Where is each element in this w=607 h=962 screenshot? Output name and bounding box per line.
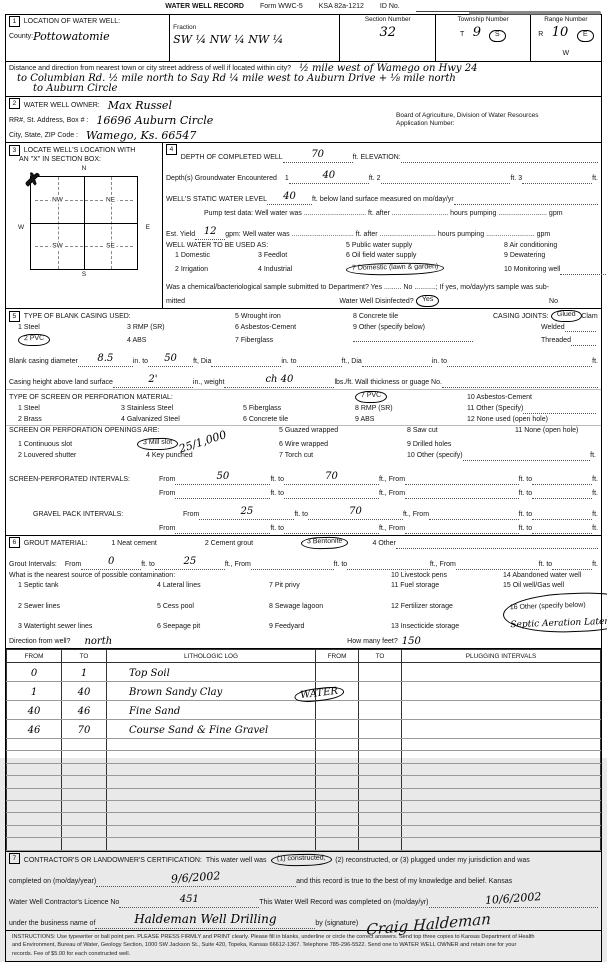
groundwater-2-label: ft. 2: [369, 175, 381, 184]
range-value: 10: [552, 25, 569, 40]
opening-option: 2 Louvered shutter: [9, 451, 137, 462]
contamination-option: 12 Fertilizer storage: [391, 602, 503, 613]
elevation-label: ft. ELEVATION:: [353, 154, 401, 163]
ft-dia-2: ft., Dia: [342, 358, 362, 367]
static-level-tail: ft. below land surface measured on mo/da…: [312, 196, 454, 205]
gpi3-blank: [175, 530, 270, 534]
section-3-locate-box: 3LOCATE WELL'S LOCATION WITH AN "X" IN S…: [6, 143, 163, 308]
form-title: WATER WELL RECORD: [165, 3, 244, 12]
static-level-value: 40: [283, 191, 296, 202]
compass-s: S: [82, 271, 86, 279]
casing-other-blank: [353, 338, 473, 342]
ft-3: ft.: [592, 511, 598, 520]
township-s-circled: S: [489, 30, 506, 42]
g-ftto-3: ft. to: [539, 561, 553, 570]
contamination-option: 15 Oil well/Gas well: [503, 581, 607, 592]
est-yield-value: 12: [204, 226, 217, 237]
screen-option: 8 RMP (SR): [355, 404, 467, 415]
contamination-option: 8 Sewage lagoon: [269, 602, 391, 613]
section-5-casing: 5TYPE OF BLANK CASING USED: 5 Wrought ir…: [6, 308, 601, 535]
owner-name: Max Russel: [108, 100, 172, 111]
ftfrom-2: ft., From: [379, 490, 405, 499]
grout-option-selected: 3 Bentonite: [301, 536, 349, 549]
casing-option: 7 Fiberglass: [235, 336, 353, 347]
casing-joints-label: CASING JOINTS:: [493, 313, 549, 322]
ftto-4: ft. to: [270, 525, 284, 534]
sample-question-line2: mitted: [166, 298, 185, 307]
direction-label: Direction from well?: [9, 638, 70, 647]
opening-other-blank: [463, 457, 591, 461]
monitoring-blank: [560, 271, 607, 275]
direction-value: north: [84, 637, 112, 647]
use-option: 4 Industrial: [258, 265, 346, 276]
log-header-row: FROM TO LITHOLOGIC LOG FROM TO PLUGGING …: [7, 650, 601, 663]
elevation-blank: [401, 159, 598, 163]
contamination-option: 10 Livestock pens: [391, 571, 503, 582]
ftto-3b: ft. to: [519, 511, 533, 520]
section-4-well-details: 4 DEPTH OF COMPLETED WELL 70 ft. ELEVATI…: [163, 143, 601, 308]
use-option: 6 Oil field water supply: [346, 251, 504, 262]
section-3-title-1: LOCATE WELL'S LOCATION WITH: [24, 147, 136, 154]
groundwater-2-blank: [381, 180, 511, 184]
section-5-number: 5: [9, 311, 20, 322]
casing-option: 4 ABS: [127, 336, 235, 347]
opening-option: 5 Guazed wrapped: [279, 426, 407, 437]
use-option: 8 Air conditioning: [504, 241, 607, 252]
log-from: 0: [31, 668, 37, 679]
from-2: From: [159, 490, 175, 499]
from-4: From: [159, 525, 175, 534]
casing-height-label: Casing height above land surface: [9, 379, 113, 388]
in-to-1: in. to: [133, 358, 148, 367]
log-to: 70: [78, 725, 91, 736]
diagram-vline: [84, 177, 85, 269]
ftto-1: ft. to: [270, 476, 284, 485]
casing-joint-threaded: Threaded: [541, 337, 571, 346]
weight-value: ch 40: [265, 374, 293, 385]
log-header-to: TO: [62, 650, 107, 663]
lithologic-log-table: FROM TO LITHOLOGIC LOG FROM TO PLUGGING …: [6, 649, 601, 758]
contamination-option: 1 Septic tank: [9, 581, 157, 592]
id-label: ID No.: [380, 3, 400, 12]
screen-interval-from: 50: [216, 471, 229, 482]
log-row-empty: [7, 751, 601, 758]
section-diagram: N S W E NW NE SW SE ✗: [18, 166, 150, 278]
in-to-3: in. to: [432, 358, 447, 367]
dia3-ft-blank: [447, 363, 592, 367]
range-e-circled: E: [577, 30, 594, 42]
owner-city-label: City, State, ZIP Code :: [9, 132, 78, 141]
grout-option: 2 Cement grout: [205, 540, 253, 549]
use-option: 2 Irrigation: [166, 265, 258, 276]
distance-value-2: to Columbian Rd. ½ mile north to Say Rd …: [9, 74, 598, 84]
casing-title: TYPE OF BLANK CASING USED:: [24, 313, 131, 320]
use-label: WELL WATER TO BE USED AS:: [166, 241, 346, 252]
disinfected-label: Water Well Disinfected?: [339, 298, 413, 307]
g2-to-blank: [347, 566, 430, 570]
log-to: 40: [78, 687, 91, 698]
compass-e: E: [146, 224, 150, 232]
compass-n: N: [82, 165, 87, 173]
range-number-label: Range Number: [534, 16, 598, 23]
contamination-option: 13 Insecticide storage: [391, 622, 503, 633]
log-header-from2: FROM: [316, 650, 359, 663]
opening-option: 4 Key punched: [137, 451, 279, 462]
spi5-blank: [405, 495, 519, 499]
from-1: From: [159, 476, 175, 485]
g-ftto-2: ft. to: [334, 561, 348, 570]
casing-diameter-label: Blank casing diameter: [9, 358, 78, 367]
quadrant-ne: NE: [104, 197, 117, 204]
casing-option: 9 Other (specify below): [353, 323, 493, 334]
gpi2-to-blank: [532, 516, 592, 520]
screen-option: 11 Other (Specify): [467, 405, 523, 414]
water-well-record-form: WATER WELL RECORD Form WWC-5 KSA 82a-121…: [0, 0, 607, 758]
wall-thickness-label: lbs./ft. Wall thickness or guage No.: [334, 379, 442, 388]
groundwater-3-blank: [522, 180, 592, 184]
log-row-empty: [7, 739, 601, 751]
grout-intervals-label: Grout Intervals:: [9, 561, 57, 570]
grout-to-value: 25: [183, 556, 196, 567]
wall-thickness-blank: [442, 384, 598, 388]
log-header-from: FROM: [7, 650, 62, 663]
spi6-blank: [532, 495, 592, 499]
gravel-interval-from: 25: [240, 506, 253, 517]
ftto-4b: ft. to: [519, 525, 533, 534]
fraction-label: Fraction: [173, 24, 196, 31]
in-to-2: in. to: [281, 358, 296, 367]
ft-end: ft.: [592, 358, 598, 367]
log-row: 46 70 Course Sand & Fine Gravel: [7, 720, 601, 739]
disinfected-no: No: [549, 298, 558, 307]
casing-option-selected: 2 PVC: [18, 334, 50, 346]
log-from: 1: [31, 687, 37, 698]
section-1-location: 1LOCATION OF WATER WELL: County: Pottowa…: [6, 15, 601, 96]
township-number-label: Township Number: [439, 16, 526, 23]
contamination-option: 3 Watertight sewer lines: [9, 622, 157, 633]
grout-from-value: 0: [108, 556, 114, 567]
ft-1: ft.: [592, 476, 598, 485]
grout-option: 1 Neat cement: [111, 540, 157, 549]
gpi4-blank: [284, 530, 379, 534]
pump-test-line: Pump test data: Well water was .........…: [166, 210, 563, 219]
ft-2: ft.: [592, 490, 598, 499]
gpi2-from-blank: [429, 516, 519, 520]
section-3-number: 3: [9, 145, 20, 156]
log-to: 1: [81, 668, 87, 679]
township-t: T: [460, 31, 464, 38]
g-ftto-1: ft. to: [141, 561, 155, 570]
casing-option: 6 Asbestos-Cement: [235, 323, 353, 334]
opening-option: 11 None (open hole): [515, 426, 598, 437]
screen-option: 5 Fiberglass: [243, 404, 355, 415]
g-ft: ft.: [592, 561, 598, 570]
ft-dia-1: ft, Dia: [193, 358, 211, 367]
threaded-blank: [571, 342, 596, 346]
contamination-option: 5 Cess pool: [157, 602, 269, 613]
est-yield-tail: gpm: Well water was ....................…: [225, 231, 550, 240]
use-option: 1 Domestic: [166, 251, 258, 262]
ftfrom-3: ft., From: [403, 511, 429, 520]
section-1-title: LOCATION OF WATER WELL:: [24, 18, 120, 25]
groundwater-label: Depth(s) Groundwater Encountered: [166, 175, 277, 184]
ftfrom-1: ft., From: [379, 476, 405, 485]
well-x-mark: ✗: [23, 169, 42, 192]
dia3-blank: [362, 363, 432, 367]
log-row: 40 46 Fine Sand: [7, 701, 601, 720]
g-from-1: From: [65, 561, 81, 570]
contamination-option: 14 Abandoned water well: [503, 571, 607, 582]
dia2-ft-blank: [297, 363, 342, 367]
owner-address-value: 16696 Auburn Circle: [96, 115, 213, 126]
casing-depth-value: 50: [164, 353, 177, 364]
section-number-label: Section Number: [343, 16, 432, 23]
ftto-3: ft. to: [294, 511, 308, 520]
casing-diameter-value: 8.5: [97, 353, 113, 364]
section-2-owner: 2 WATER WELL OWNER: Max Russel RR#, St. …: [6, 96, 601, 142]
distance-label: Distance and direction from nearest town…: [9, 65, 291, 74]
compass-w: W: [18, 224, 24, 232]
form-statute: KSA 82a-1212: [319, 3, 364, 12]
contamination-option: 7 Pit privy: [269, 581, 391, 592]
ftfrom-4: ft., From: [379, 525, 405, 534]
screen-option: 9 ABS: [355, 415, 467, 426]
casing-option: 3 RMP (SR): [127, 323, 235, 334]
opening-option-selected: 3 Mill slot: [137, 438, 178, 450]
contamination-option: 9 Feedyard: [269, 622, 391, 633]
static-level-label: WELL'S STATIC WATER LEVEL: [166, 196, 267, 205]
casing-option: 5 Wrought iron: [235, 312, 353, 323]
screen-option: 10 Asbestos-Cement: [467, 393, 598, 404]
screen-option: 4 Galvanized Steel: [121, 415, 243, 426]
casing-height-value: 2': [148, 374, 157, 385]
section-6-grout: 6 GROUT MATERIAL: 1 Neat cement 2 Cement…: [6, 535, 601, 649]
screen-option: 1 Steel: [9, 404, 121, 415]
use-option: 10 Monitoring well: [504, 266, 560, 275]
range-r: R: [538, 31, 543, 38]
owner-address-label: RR#, St. Address, Box # :: [9, 117, 88, 126]
distance-value-3: to Auburn Circle: [9, 84, 598, 94]
contamination-option: 6 Seepage pit: [157, 622, 269, 633]
gravel-interval-to: 70: [349, 506, 362, 517]
section-4-number: 4: [166, 144, 177, 155]
screen-material-selected: 7 PVC: [355, 391, 387, 403]
section-3-title-2: AN "X" IN SECTION BOX:: [9, 156, 159, 165]
log-row: 0 1 Top Soil: [7, 663, 601, 682]
disinfected-yes-circled: Yes: [416, 295, 440, 307]
how-many-feet-value: 150: [402, 637, 421, 647]
use-option: 5 Public water supply: [346, 241, 504, 252]
contamination-option: 2 Sewer lines: [9, 602, 157, 613]
section-3-4: 3LOCATE WELL'S LOCATION WITH AN "X" IN S…: [6, 142, 601, 308]
ft-4: ft.: [592, 525, 598, 534]
how-many-feet-label: How many feet?: [347, 638, 398, 647]
gpi5-blank: [405, 530, 519, 534]
contamination-other-value: Septic Aeration Lateral field: [510, 616, 607, 631]
est-yield-label: Est. Yield: [166, 231, 195, 240]
spi3-blank: [175, 495, 270, 499]
contamination-label: What is the nearest source of possible c…: [9, 571, 391, 582]
quadrant-se: SE: [104, 243, 117, 250]
g-ftfrom-2: ft., From: [430, 561, 456, 570]
log-from: 46: [28, 725, 41, 736]
from-3: From: [183, 511, 199, 520]
ftto-2: ft. to: [270, 490, 284, 499]
casing-option: 8 Concrete tile: [353, 312, 493, 323]
section-number-value: 32: [380, 25, 397, 40]
casing-joint-clamped: Clamped: [581, 313, 598, 322]
use-option-selected: 7 Domestic (lawn & garden): [346, 262, 444, 275]
opening-option: 7 Torch cut: [279, 451, 407, 462]
lithologic-log-section: FROM TO LITHOLOGIC LOG FROM TO PLUGGING …: [6, 648, 601, 758]
grout-title: GROUT MATERIAL:: [24, 540, 88, 549]
openings-title: SCREEN OR PERFORATION OPENINGS ARE:: [9, 426, 279, 437]
county-value: Pottowatomie: [33, 31, 110, 42]
depth-label: DEPTH OF COMPLETED WELL: [181, 154, 283, 163]
log-from: 40: [28, 706, 41, 717]
opening-option: 9 Drilled holes: [407, 440, 515, 451]
gpi6-blank: [532, 530, 592, 534]
township-value: 9: [473, 25, 481, 40]
contamination-option-selected: 16 Other (specify below): [510, 602, 586, 612]
log-header-plugging: PLUGGING INTERVALS: [402, 650, 601, 663]
log-to: 46: [78, 706, 91, 717]
form-number: Form WWC-5: [260, 3, 303, 12]
log-material: Course Sand & Fine Gravel: [129, 725, 268, 736]
quadrant-nw: NW: [50, 197, 65, 204]
owner-city-value: Wamego, Ks. 66547: [86, 130, 196, 141]
groundwater-ft: ft.: [592, 175, 598, 184]
static-level-date-blank: [454, 201, 598, 205]
application-number-label: Application Number:: [396, 120, 455, 127]
screen-option: 3 Stainless Steel: [121, 404, 243, 415]
screen-interval-to: 70: [325, 471, 338, 482]
screen-intervals-label: SCREEN-PERFORATED INTERVALS:: [9, 476, 159, 485]
g3-to-blank: [552, 566, 592, 570]
screen-option: 12 None used (open hole): [467, 415, 598, 426]
screen-option: 6 Concrete tile: [243, 415, 355, 426]
spi2-to-blank: [532, 481, 592, 485]
range-w: W: [563, 50, 570, 57]
board-of-agriculture-label: Board of Agriculture, Division of Water …: [396, 112, 538, 119]
opening-option: 10 Other (specify): [407, 452, 463, 461]
dia2-blank: [211, 363, 281, 367]
casing-joint-glued-circled: Glued: [551, 309, 582, 321]
distance-value-1: ½ mile west of Wamego on Hwy 24: [299, 64, 477, 74]
grout-option: 4 Other: [373, 540, 396, 549]
casing-option: 1 Steel: [9, 323, 127, 334]
gravel-intervals-label: GRAVEL PACK INTERVALS:: [9, 511, 183, 520]
depth-value: 70: [311, 149, 324, 160]
screen-option: 2 Brass: [9, 415, 121, 426]
log-header-lithologic: LITHOLOGIC LOG: [107, 650, 316, 663]
log-material: Top Soil: [129, 668, 170, 679]
g-ftfrom-1: ft., From: [225, 561, 251, 570]
screen-other-blank: [523, 410, 596, 414]
weight-label: in., weight: [193, 379, 225, 388]
log-material: Brown Sandy Clay: [129, 687, 222, 698]
g3-from-blank: [456, 566, 539, 570]
fraction-value: SW ¼ NW ¼ NW ¼: [173, 34, 336, 45]
owner-label: WATER WELL OWNER:: [24, 102, 100, 111]
spi2-from-blank: [405, 481, 519, 485]
opening-option: 8 Saw cut: [407, 426, 515, 437]
contamination-option: 11 Fuel storage: [391, 581, 503, 592]
grout-other-blank: [396, 545, 598, 549]
groundwater-1-value: 40: [322, 170, 335, 181]
quadrant-sw: SW: [50, 243, 64, 250]
section-6-number: 6: [9, 537, 20, 548]
county-label: County:: [9, 33, 33, 42]
section-2-number: 2: [9, 98, 20, 109]
sample-question-line: Was a chemical/bacteriological sample su…: [166, 284, 549, 293]
g2-from-blank: [251, 566, 334, 570]
contamination-option: 4 Lateral lines: [157, 581, 269, 592]
opening-option: 1 Continuous slot: [9, 440, 137, 451]
groundwater-3-label: ft. 3: [510, 175, 522, 184]
welded-blank: [565, 328, 596, 332]
casing-joint-welded: Welded: [541, 324, 565, 333]
ftto-2b: ft. to: [519, 490, 533, 499]
opening-ft: ft.: [590, 452, 596, 461]
log-header-to2: TO: [359, 650, 402, 663]
use-option: 9 Dewatering: [504, 251, 607, 262]
use-option: 3 Feedlot: [258, 251, 346, 262]
screen-material-title: TYPE OF SCREEN OR PERFORATION MATERIAL:: [9, 393, 355, 404]
opening-option: 6 Wire wrapped: [279, 440, 407, 451]
log-material: Fine Sand: [129, 706, 180, 717]
ftto-1b: ft. to: [519, 476, 533, 485]
section-1-number: 1: [9, 16, 20, 27]
spi4-blank: [284, 495, 379, 499]
